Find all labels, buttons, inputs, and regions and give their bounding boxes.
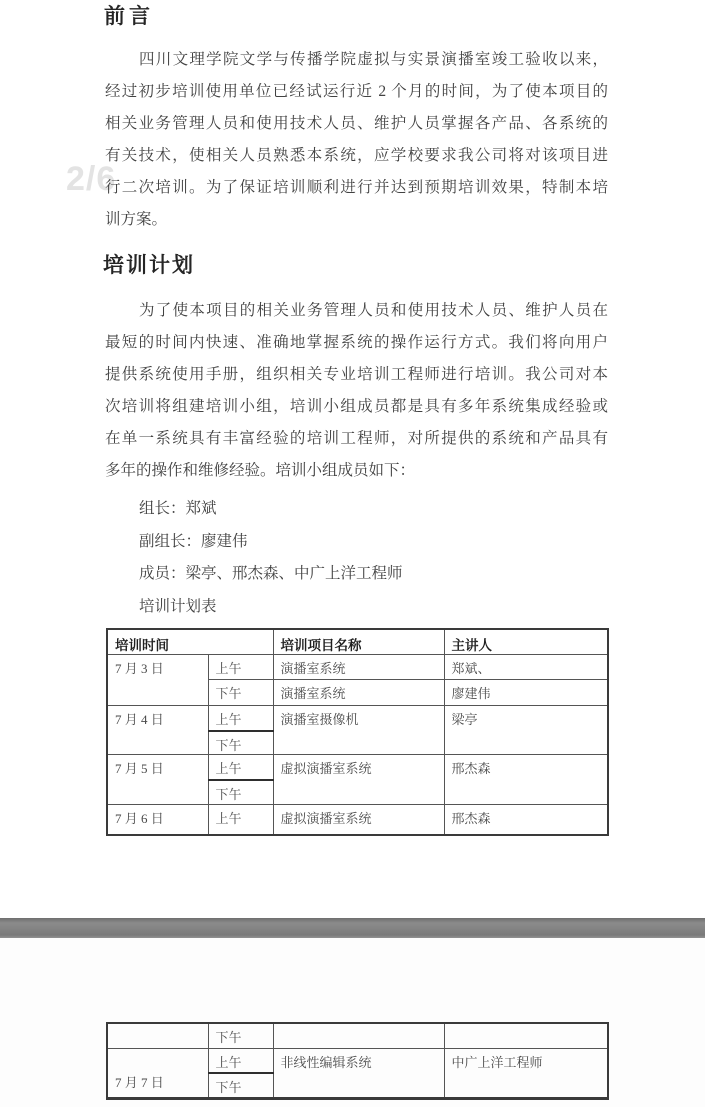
table-cell-date: 7 月 6 日 (107, 805, 208, 835)
paragraph-line: 最短的时间内快速、准确地掌握系统的操作运行方式。我们将向用户 (105, 327, 608, 359)
training-schedule-table-continued: 下午 7 月 7 日 上午 非线性编辑系统 中广上洋工程师 下午 (106, 1022, 609, 1100)
table-header-project: 培训项目名称 (273, 629, 444, 655)
table-cell-time: 下午 (208, 1023, 273, 1048)
table-cell-time: 下午 (208, 731, 273, 755)
table-cell-speaker: 廖建伟 (444, 680, 608, 706)
table-cell-speaker: 郑斌、 (444, 655, 608, 680)
paragraph-line: 为了使本项目的相关业务管理人员和使用技术人员、维护人员在 (105, 295, 608, 327)
table-cell-speaker (444, 1023, 608, 1048)
table-caption-line: 培训计划表 (139, 591, 403, 624)
paragraph-line: 有关技术，使相关人员熟悉本系统，应学校要求我公司将对该项目进 (105, 140, 608, 172)
table-cell-time: 下午 (208, 680, 273, 706)
table-cell-project: 非线性编辑系统 (273, 1048, 444, 1098)
table-cell-date: 7 月 4 日 (107, 706, 208, 755)
table-cell-speaker: 中广上洋工程师 (444, 1048, 608, 1098)
table-cell-time: 上午 (208, 1048, 273, 1073)
table-cell-time: 上午 (208, 805, 273, 835)
table-cell-project: 虚拟演播室系统 (273, 755, 444, 805)
table-cell-speaker: 邢杰森 (444, 805, 608, 835)
paragraph-line: 四川文理学院文学与传播学院虚拟与实景演播室竣工验收以来， (105, 44, 608, 76)
table-cell-date: 7 月 5 日 (107, 755, 208, 805)
paragraph-line: 多年的操作和维修经验。培训小组成员如下： (105, 455, 608, 487)
table-cell-time: 下午 (208, 780, 273, 805)
paragraph-line: 经过初步培训使用单位已经试运行近 2 个月的时间，为了使本项目的 (105, 76, 608, 108)
team-leader-line: 组长：郑斌 (139, 493, 403, 526)
table-header-time: 培训时间 (107, 629, 273, 655)
table-cell-speaker: 梁亭 (444, 706, 608, 755)
table-cell-project: 演播室系统 (273, 655, 444, 680)
preface-paragraph: 四川文理学院文学与传播学院虚拟与实景演播室竣工验收以来， 经过初步培训使用单位已… (105, 44, 608, 236)
paragraph-line: 提供系统使用手册，组织相关专业培训工程师进行培训。我公司对本 (105, 359, 608, 391)
preface-heading: 前言 (104, 0, 154, 30)
training-plan-paragraph: 为了使本项目的相关业务管理人员和使用技术人员、维护人员在 最短的时间内快速、准确… (105, 295, 608, 487)
page-break-separator (0, 918, 705, 938)
table-cell-project: 虚拟演播室系统 (273, 805, 444, 835)
paragraph-line: 相关业务管理人员和使用技术人员、维护人员掌握各产品、各系统的 (105, 108, 608, 140)
table-cell-speaker: 邢杰森 (444, 755, 608, 805)
table-cell-project: 演播室系统 (273, 680, 444, 706)
table-cell-project (273, 1023, 444, 1048)
table-cell-date (107, 1023, 208, 1048)
table-cell-time: 上午 (208, 655, 273, 680)
training-plan-heading: 培训计划 (103, 249, 195, 279)
table-cell-time: 上午 (208, 706, 273, 731)
training-team-list: 组长：郑斌 副组长：廖建伟 成员：梁亭、邢杰森、中广上洋工程师 培训计划表 (139, 493, 403, 623)
table-cell-time: 下午 (208, 1073, 273, 1098)
document-page: 2/6 前言 四川文理学院文学与传播学院虚拟与实景演播室竣工验收以来， 经过初步… (0, 0, 705, 1107)
paragraph-line: 训方案。 (105, 204, 608, 236)
team-members-line: 成员：梁亭、邢杰森、中广上洋工程师 (139, 558, 403, 591)
paragraph-line: 行二次培训。为了保证培训顺利进行并达到预期培训效果，特制本培 (105, 172, 608, 204)
paragraph-line: 在单一系统具有丰富经验的培训工程师，对所提供的系统和产品具有 (105, 423, 608, 455)
table-cell-time: 上午 (208, 755, 273, 780)
table-header-speaker: 主讲人 (444, 629, 608, 655)
table-cell-project: 演播室摄像机 (273, 706, 444, 755)
team-deputy-line: 副组长：廖建伟 (139, 526, 403, 559)
training-schedule-table: 培训时间 培训项目名称 主讲人 7 月 3 日 上午 演播室系统 郑斌、 下午 … (106, 628, 609, 836)
table-cell-date: 7 月 7 日 (107, 1048, 208, 1098)
table-cell-date: 7 月 3 日 (107, 655, 208, 706)
paragraph-line: 次培训将组建培训小组，培训小组成员都是具有多年系统集成经验或 (105, 391, 608, 423)
